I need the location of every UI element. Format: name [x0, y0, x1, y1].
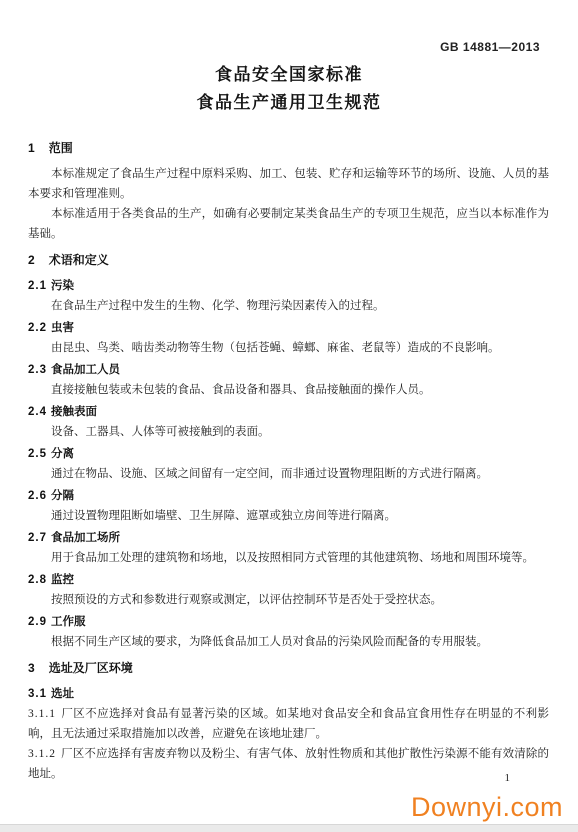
paragraph: 由昆虫、鸟类、啮齿类动物等生物（包括苍蝇、蟑螂、麻雀、老鼠等）造成的不良影响。: [28, 338, 549, 358]
clause-text: 本标准规定了食品生产过程中原料采购、加工、包装、贮存和运输等环节的场所、设施、人…: [28, 168, 549, 200]
page-title: 食品安全国家标准: [0, 64, 578, 86]
subsection-heading: 2.4接触表面: [28, 402, 549, 422]
subsection-heading: 2.8监控: [28, 570, 549, 590]
clause-number: 3.1.1: [28, 708, 56, 720]
clause-text: 由昆虫、鸟类、啮齿类动物等生物（包括苍蝇、蟑螂、麻雀、老鼠等）造成的不良影响。: [51, 342, 500, 354]
paragraph: 根据不同生产区域的要求，为降低食品加工人员对食品的污染风险而配备的专用服装。: [28, 632, 549, 652]
section-heading: 3选址及厂区环境: [28, 658, 549, 678]
clause-number: 2.1: [28, 280, 47, 292]
clause-text: 按照预设的方式和参数进行观察或测定，以评估控制环节是否处于受控状态。: [51, 594, 442, 606]
subsection-heading: 2.3食品加工人员: [28, 360, 549, 380]
page-number: 1: [505, 772, 511, 784]
clause-title: 分离: [51, 448, 74, 460]
clause-text: 厂区不应选择对食品有显著污染的区域。如某地对食品安全和食品宜食用性存在明显的不利…: [28, 708, 549, 740]
clause-title: 食品加工人员: [51, 364, 120, 376]
footer-bar: [0, 824, 578, 832]
numbered-paragraph: 3.1.2厂区不应选择有害废弃物以及粉尘、有害气体、放射性物质和其他扩散性污染源…: [28, 744, 549, 784]
clause-number: 2: [28, 253, 36, 267]
clause-text: 用于食品加工处理的建筑物和场地，以及按照相同方式管理的其他建筑物、场地和周围环境…: [51, 552, 534, 564]
subsection-heading: 2.9工作服: [28, 612, 549, 632]
clause-number: 2.8: [28, 574, 47, 586]
clause-title: 选址及厂区环境: [49, 661, 133, 675]
document-body: 1范围本标准规定了食品生产过程中原料采购、加工、包装、贮存和运输等环节的场所、设…: [28, 132, 549, 784]
clause-title: 食品加工场所: [51, 532, 120, 544]
clause-number: 2.5: [28, 448, 47, 460]
paragraph: 按照预设的方式和参数进行观察或测定，以评估控制环节是否处于受控状态。: [28, 590, 549, 610]
clause-text: 本标准适用于各类食品的生产，如确有必要制定某类食品生产的专项卫生规范，应当以本标…: [28, 208, 549, 240]
paragraph: 本标准规定了食品生产过程中原料采购、加工、包装、贮存和运输等环节的场所、设施、人…: [28, 164, 549, 204]
page-subtitle: 食品生产通用卫生规范: [0, 92, 578, 114]
clause-title: 术语和定义: [49, 253, 109, 267]
clause-number: 3.1: [28, 688, 47, 700]
clause-title: 接触表面: [51, 406, 97, 418]
paragraph: 用于食品加工处理的建筑物和场地，以及按照相同方式管理的其他建筑物、场地和周围环境…: [28, 548, 549, 568]
clause-text: 直接接触包装或未包装的食品、食品设备和器具、食品接触面的操作人员。: [51, 384, 431, 396]
subsection-heading: 2.5分离: [28, 444, 549, 464]
title-block: 食品安全国家标准 食品生产通用卫生规范: [0, 64, 578, 114]
section-heading: 2术语和定义: [28, 250, 549, 270]
subsection-heading: 2.2虫害: [28, 318, 549, 338]
subsection-heading: 2.6分隔: [28, 486, 549, 506]
clause-title: 分隔: [51, 490, 74, 502]
paragraph: 在食品生产过程中发生的生物、化学、物理污染因素传入的过程。: [28, 296, 549, 316]
numbered-paragraph: 3.1.1厂区不应选择对食品有显著污染的区域。如某地对食品安全和食品宜食用性存在…: [28, 704, 549, 744]
clause-title: 监控: [51, 574, 74, 586]
paragraph: 通过在物品、设施、区域之间留有一定空间，而非通过设置物理阻断的方式进行隔离。: [28, 464, 549, 484]
subsection-heading: 3.1选址: [28, 684, 549, 704]
clause-text: 通过在物品、设施、区域之间留有一定空间，而非通过设置物理阻断的方式进行隔离。: [51, 468, 488, 480]
clause-number: 3: [28, 661, 36, 675]
clause-number: 1: [28, 141, 36, 155]
clause-text: 根据不同生产区域的要求，为降低食品加工人员对食品的污染风险而配备的专用服装。: [51, 636, 488, 648]
clause-text: 通过设置物理阻断如墙壁、卫生屏障、遮罩或独立房间等进行隔离。: [51, 510, 396, 522]
clause-title: 工作服: [51, 616, 86, 628]
clause-number: 2.9: [28, 616, 47, 628]
subsection-heading: 2.1污染: [28, 276, 549, 296]
paragraph: 通过设置物理阻断如墙壁、卫生屏障、遮罩或独立房间等进行隔离。: [28, 506, 549, 526]
paragraph: 直接接触包装或未包装的食品、食品设备和器具、食品接触面的操作人员。: [28, 380, 549, 400]
document-page: GB 14881—2013 食品安全国家标准 食品生产通用卫生规范 1范围本标准…: [0, 0, 578, 832]
clause-title: 范围: [49, 141, 73, 155]
subsection-heading: 2.7食品加工场所: [28, 528, 549, 548]
standard-code: GB 14881—2013: [440, 40, 540, 54]
clause-text: 在食品生产过程中发生的生物、化学、物理污染因素传入的过程。: [51, 300, 385, 312]
paragraph: 设备、工器具、人体等可被接触到的表面。: [28, 422, 549, 442]
clause-number: 3.1.2: [28, 748, 56, 760]
clause-number: 2.2: [28, 322, 47, 334]
clause-text: 设备、工器具、人体等可被接触到的表面。: [51, 426, 270, 438]
clause-number: 2.3: [28, 364, 47, 376]
clause-text: 厂区不应选择有害废弃物以及粉尘、有害气体、放射性物质和其他扩散性污染源不能有效清…: [28, 748, 549, 780]
clause-number: 2.7: [28, 532, 47, 544]
clause-title: 虫害: [51, 322, 74, 334]
clause-number: 2.4: [28, 406, 47, 418]
watermark: Downyi.com: [411, 793, 563, 821]
clause-title: 选址: [51, 688, 74, 700]
clause-number: 2.6: [28, 490, 47, 502]
section-heading: 1范围: [28, 138, 549, 158]
paragraph: 本标准适用于各类食品的生产，如确有必要制定某类食品生产的专项卫生规范，应当以本标…: [28, 204, 549, 244]
clause-title: 污染: [51, 280, 74, 292]
